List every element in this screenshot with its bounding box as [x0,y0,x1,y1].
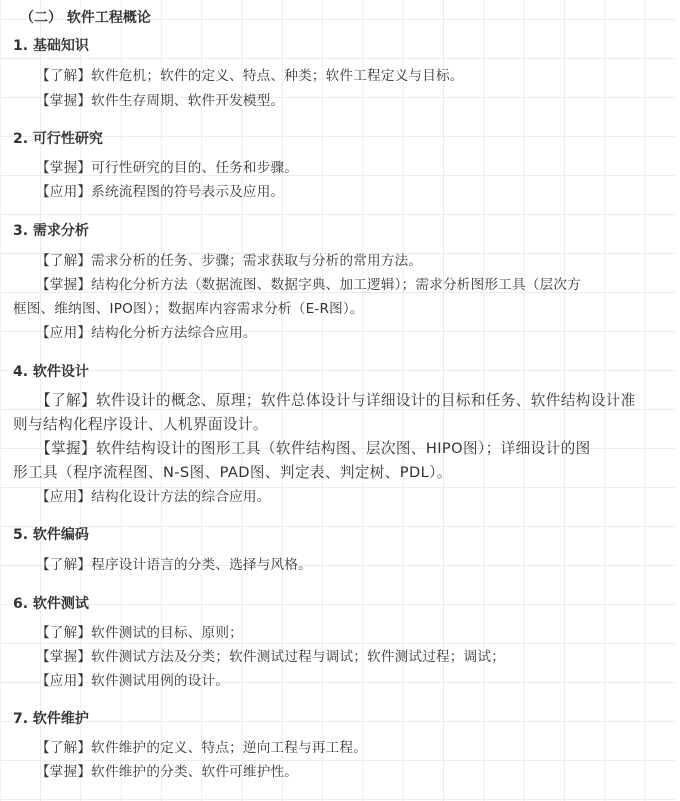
section-4-line-1: 【了解】软件设计的概念、原理；软件总体设计与详细设计的目标和任务、软件结构设计准 [36,392,636,410]
section-4-line-1-continued: 则与结构化程序设计、人机界面设计。 [13,416,268,434]
section-heading-1: 1. 基础知识 [13,37,89,55]
section-1-line-1: 【了解】软件危机；软件的定义、特点、种类；软件工程定义与目标。 [36,67,464,85]
document-page: （二） 软件工程概论 1. 基础知识 【了解】软件危机；软件的定义、特点、种类；… [0,0,675,801]
section-4-line-2-continued: 形工具（程序流程图、N-S图、PAD图、判定表、判定树、PDL）。 [13,464,452,482]
section-heading-5: 5. 软件编码 [13,526,89,544]
section-6-line-3: 【应用】软件测试用例的设计。 [36,672,229,690]
section-4-line-2: 【掌握】软件结构设计的图形工具（软件结构图、层次图、HIPO图）；详细设计的图 [36,440,591,458]
section-2-line-1: 【掌握】可行性研究的目的、任务和步骤。 [36,159,298,177]
section-heading-3: 3. 需求分析 [13,222,89,240]
section-heading-4: 4. 软件设计 [13,363,89,381]
section-heading-7: 7. 软件维护 [13,710,89,728]
section-2-line-2: 【应用】系统流程图的符号表示及应用。 [36,183,284,201]
section-heading-2: 2. 可行性研究 [13,130,103,148]
section-1-line-2: 【掌握】软件生存周期、软件开发模型。 [36,92,284,110]
section-3-line-2-continued: 框图、维纳图、IPO图）；数据库内容需求分析（E-R图）。 [13,300,364,318]
section-3-line-3: 【应用】结构化分析方法综合应用。 [36,324,257,342]
section-heading-6: 6. 软件测试 [13,595,89,613]
section-5-line-1: 【了解】程序设计语言的分类、选择与风格。 [36,556,312,574]
section-7-line-2: 【掌握】软件维护的分类、软件可维护性。 [36,763,298,781]
section-3-line-1: 【了解】需求分析的任务、步骤；需求获取与分析的常用方法。 [36,252,422,270]
section-7-line-1: 【了解】软件维护的定义、特点；逆向工程与再工程。 [36,739,367,757]
section-6-line-2: 【掌握】软件测试方法及分类；软件测试过程与调试；软件测试过程；调试； [36,648,505,666]
document-title: （二） 软件工程概论 [20,9,151,27]
section-3-line-2: 【掌握】结构化分析方法（数据流图、数据字典、加工逻辑）；需求分析图形工具（层次方 [36,276,581,294]
section-6-line-1: 【了解】软件测试的目标、原则； [36,624,243,642]
section-4-line-3: 【应用】结构化设计方法的综合应用。 [36,488,271,506]
